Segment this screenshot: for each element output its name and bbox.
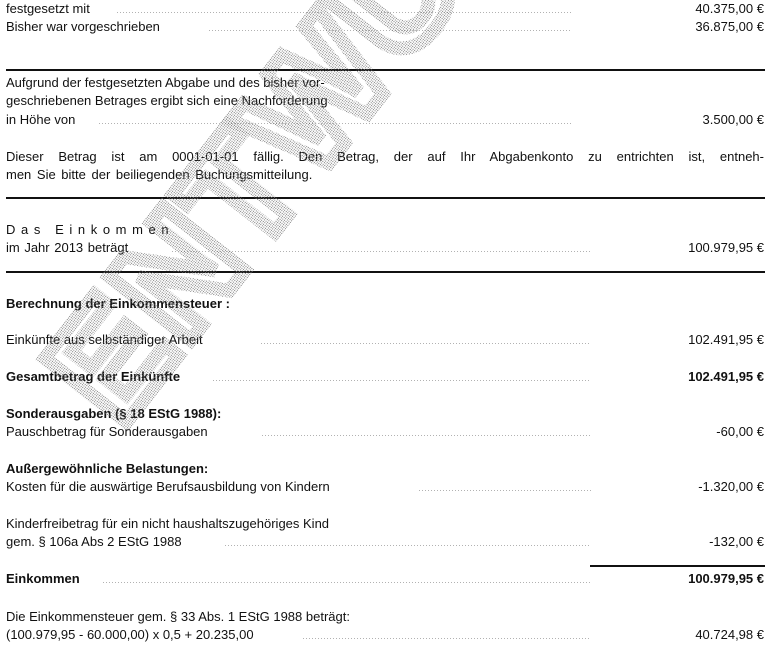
sum-line bbox=[590, 565, 765, 567]
income-amount: 100.979,95 € bbox=[688, 571, 764, 587]
divider bbox=[6, 197, 765, 199]
dot-leader bbox=[102, 582, 591, 583]
divider bbox=[6, 69, 765, 71]
extraordinary-label: Kosten für die auswärtige Berufsausbildu… bbox=[6, 479, 330, 495]
child-allowance-amount: -132,00 € bbox=[709, 534, 764, 550]
dot-leader bbox=[171, 251, 591, 252]
special-expenses-heading: Sonderausgaben (§ 18 EStG 1988): bbox=[6, 405, 221, 423]
total-income-label: Gesamtbetrag der Einkünfte bbox=[6, 369, 180, 385]
dot-leader bbox=[302, 638, 591, 639]
self-employment-row: Einkünfte aus selbständiger Arbeit 102.4… bbox=[6, 332, 764, 348]
assessed-amount-label: festgesetzt mit bbox=[6, 1, 90, 17]
assessed-amount-value: 40.375,00 € bbox=[695, 1, 764, 17]
additional-claim-text: Aufgrund der festgesetzten Abgabe und de… bbox=[6, 74, 328, 110]
total-income-amount: 102.491,95 € bbox=[688, 369, 764, 385]
due-notice: Dieser Betrag ist am 0001-01-01 fällig. … bbox=[6, 148, 764, 184]
extraordinary-amount: -1.320,00 € bbox=[698, 479, 764, 495]
additional-claim-line: Aufgrund der festgesetzten Abgabe und de… bbox=[6, 74, 328, 92]
additional-claim-amount: 3.500,00 € bbox=[703, 112, 764, 128]
self-employment-label: Einkünfte aus selbständiger Arbeit bbox=[6, 332, 203, 348]
dot-leader bbox=[116, 12, 571, 13]
dot-leader bbox=[98, 123, 571, 124]
income-label: Einkommen bbox=[6, 571, 80, 587]
divider bbox=[6, 271, 765, 273]
calculation-heading: Berechnung der Einkommensteuer : bbox=[6, 295, 230, 313]
child-allowance-label: gem. § 106a Abs 2 EStG 1988 bbox=[6, 534, 182, 550]
previous-amount-label: Bisher war vorgeschrieben bbox=[6, 19, 160, 35]
dot-leader bbox=[212, 380, 591, 381]
special-expenses-row: Pauschbetrag für Sonderausgaben -60,00 € bbox=[6, 424, 764, 440]
due-notice-line: Dieser Betrag ist am 0001-01-01 fällig. … bbox=[6, 148, 764, 166]
tax-description: Die Einkommensteuer gem. § 33 Abs. 1 ESt… bbox=[6, 608, 350, 626]
income-summary-label: im Jahr 2013 beträgt bbox=[6, 240, 128, 256]
self-employment-amount: 102.491,95 € bbox=[688, 332, 764, 348]
dot-leader bbox=[261, 435, 591, 436]
child-allowance-line: Kinderfreibetrag für ein nicht haushalts… bbox=[6, 515, 329, 533]
total-income-row: Gesamtbetrag der Einkünfte 102.491,95 € bbox=[6, 369, 764, 385]
income-heading: Das Einkommen bbox=[6, 221, 174, 239]
special-expenses-label: Pauschbetrag für Sonderausgaben bbox=[6, 424, 208, 440]
tax-amount: 40.724,98 € bbox=[695, 627, 764, 643]
tax-formula: (100.979,95 - 60.000,00) x 0,5 + 20.235,… bbox=[6, 627, 254, 643]
dot-leader bbox=[418, 490, 591, 491]
additional-claim-line: geschriebenen Betrages ergibt sich eine … bbox=[6, 92, 328, 110]
child-allowance-row: gem. § 106a Abs 2 EStG 1988 -132,00 € bbox=[6, 534, 764, 550]
additional-claim-label: in Höhe von bbox=[6, 112, 75, 128]
income-summary-row: im Jahr 2013 beträgt 100.979,95 € bbox=[6, 240, 764, 256]
special-expenses-amount: -60,00 € bbox=[716, 424, 764, 440]
due-notice-line: men Sie bitte der beiliegenden Buchungsm… bbox=[6, 166, 764, 184]
tax-row: (100.979,95 - 60.000,00) x 0,5 + 20.235,… bbox=[6, 627, 764, 643]
previous-amount-value: 36.875,00 € bbox=[695, 19, 764, 35]
extraordinary-row: Kosten für die auswärtige Berufsausbildu… bbox=[6, 479, 764, 495]
dot-leader bbox=[260, 343, 591, 344]
income-row: Einkommen 100.979,95 € bbox=[6, 571, 764, 587]
assessed-amount-row: festgesetzt mit 40.375,00 € bbox=[6, 1, 764, 17]
previous-amount-row: Bisher war vorgeschrieben 36.875,00 € bbox=[6, 19, 764, 35]
extraordinary-heading: Außergewöhnliche Belastungen: bbox=[6, 460, 208, 478]
income-summary-amount: 100.979,95 € bbox=[688, 240, 764, 256]
dot-leader bbox=[208, 30, 571, 31]
dot-leader bbox=[224, 545, 591, 546]
additional-claim-row: in Höhe von 3.500,00 € bbox=[6, 112, 764, 128]
